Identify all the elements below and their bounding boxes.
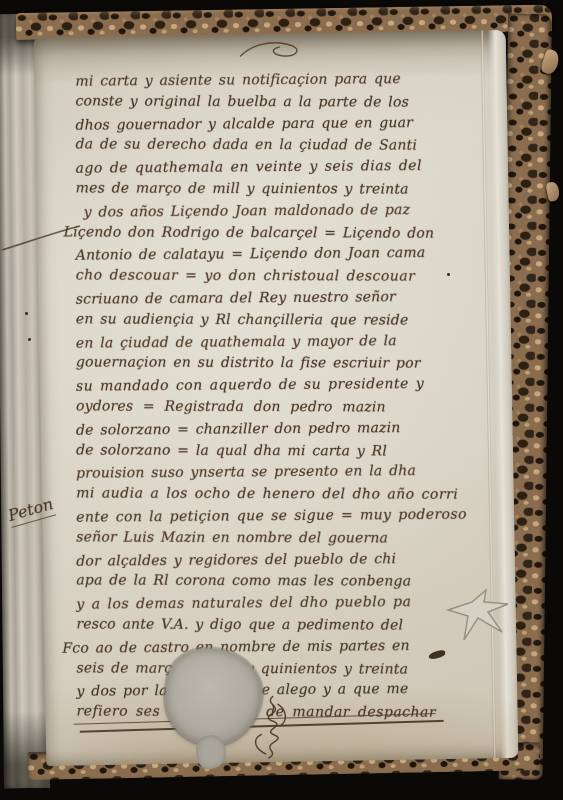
handwritten-line: cho descouar = yo don christoual descoua… [76,266,468,289]
handwritten-line: ente con la petiçion que se sigue = muy … [76,504,468,529]
handwritten-line: ago de quathemala en veinte y seis dias … [76,156,468,181]
margin-stroke-icon [0,220,82,256]
handwritten-line: dor alçaldes y regidores del pueblo de c… [76,548,468,573]
handwritten-line: mes de março de mill y quinientos y trei… [76,178,468,201]
handwritten-line: de solorzano = chanziller don pedro mazi… [76,417,468,442]
handwritten-line: dhos gouernador y alcalde para que en gu… [75,112,467,137]
handwritten-line: y dos años Liçendo Joan maldonado de paz [84,199,468,224]
handwritten-text-block: mi carta y asiente su notificaçion para … [75,70,468,725]
handwritten-line: Antonio de calatayu = Liçendo don Joan c… [76,243,468,268]
paper-curl [545,181,561,202]
handwritten-line: mi carta y asiente su notificaçion para … [75,69,467,94]
handwritten-line: gouernaçion en su distrito la fise escri… [76,353,468,376]
paper-tear-icon [446,588,520,642]
handwritten-line: de solorzano = la qual dha mi carta y Rl [76,440,468,463]
opening-flourish-icon [236,39,310,64]
handwritten-line: apa de la Rl corona como mas les conbeng… [76,571,468,594]
ink-speck [447,273,450,276]
handwritten-line: Fco ao de castro en nombre de mis partes… [62,635,468,660]
rubric-flourish-icon [243,694,296,761]
handwritten-line: resco ante V.A. y digo que a pedimento d… [76,614,468,637]
handwritten-line: y a los demas naturales del dho pueblo p… [76,592,468,617]
handwritten-line: prouision suso ynserta se presento en la… [76,461,468,486]
handwritten-line: conste y original la buelba a la parte d… [75,91,467,114]
ink-speck [28,338,31,341]
handwritten-line: en la çiudad de quathemala y mayor de la [76,330,468,355]
handwritten-line: oydores = Registrada don pedro mazin [76,396,468,419]
handwritten-line: mi audia a los ocho de henero del dho añ… [76,484,468,507]
handwritten-line: señor Luis Mazin en nombre del gouerna [76,527,468,550]
handwritten-line: seis de março de mill y quinientos y tre… [76,658,468,681]
manuscript-page: mi carta y asiente su notificaçion para … [34,30,519,766]
manuscript-photo: mi carta y asiente su notificaçion para … [0,0,563,800]
handwritten-line: su mandado con aquerdo de su presidente … [76,374,468,399]
handwritten-line: en su audiençia y Rl chançilleria que re… [76,309,468,332]
handwritten-line: scriuano de camara del Rey nuestro señor [76,286,468,311]
handwritten-line: da de su derecho dada en la çiudad de Sa… [76,135,468,158]
handwritten-line: Liçendo don Rodrigo de balcarçel = Liçen… [64,222,468,245]
ink-speck [25,312,28,315]
